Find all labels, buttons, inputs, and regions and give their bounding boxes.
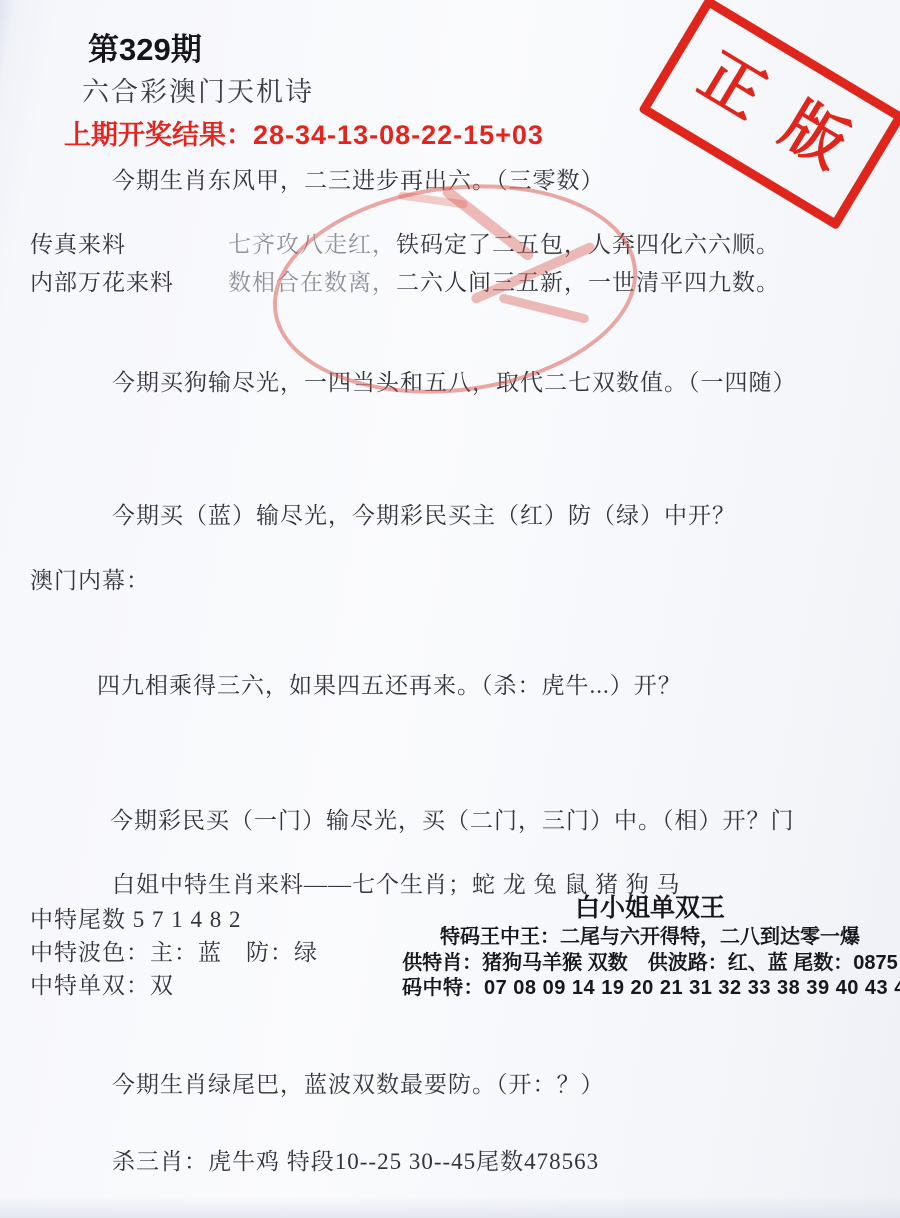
tip-sheet-page: 第329期 六合彩澳门天机诗 上期开奖结果：28-34-13-08-22-15+… [0,0,900,1218]
last-draw-numbers: 28-34-13-08-22-15+03 [253,120,544,150]
special-parity: 中特单双：双 [30,967,174,1000]
special-wave-colors: 中特波色：主：蓝 防：绿 [30,934,318,967]
issue-number: 第329期 [88,24,202,69]
baixiaojie-title: 白小姐单双王 [402,888,898,924]
poem-line-3: 今期买（蓝）输尽光，今期彩民买主（红）防（绿）中开？ [112,497,736,530]
authentic-stamp-border: 正版 [638,0,900,230]
poem-line-4: 四九相乘得三六，如果四五还再来。（杀：虎牛...）开？ [97,667,682,700]
authentic-stamp: 正版 [648,2,898,218]
special-tail-numbers: 中特尾数 5 7 1 4 8 2 [30,901,242,934]
poem-line-5: 今期彩民买（一门）输尽光，买（二门，三门）中。（相）开？门 [110,802,795,835]
page-title: 六合彩澳门天机诗 [82,70,314,109]
poem-line-6: 今期生肖绿尾巴，蓝波双数最要防。（开：？） [112,1066,605,1099]
baixiaojie-numbers-line: 码中特：07 08 09 14 19 20 21 31 32 33 38 39 … [402,971,898,1000]
baixiaojie-king-line: 特码王中王：二尾与六开得特，二八到达零一爆 [402,920,898,949]
authentic-stamp-label: 正版 [689,44,886,196]
insider-label: 内部万花来料 [30,264,228,297]
macau-insider-label: 澳门内幕： [30,562,150,595]
fax-label: 传真来料 [30,226,228,259]
kill-three-zodiac-line: 杀三肖：虎牛鸡 特段10--25 30--45尾数478563 [112,1143,599,1176]
last-draw-result: 上期开奖结果：28-34-13-08-22-15+03 [64,113,544,152]
last-draw-label: 上期开奖结果： [64,120,253,150]
